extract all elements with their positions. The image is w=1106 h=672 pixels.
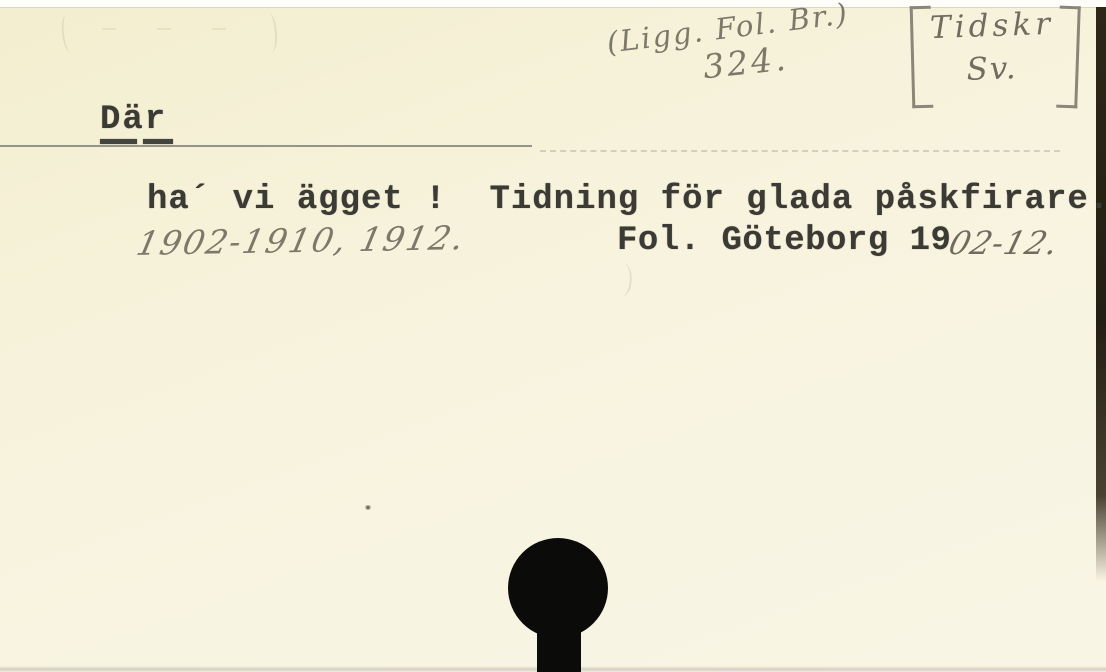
punch-hole-stem bbox=[537, 608, 581, 672]
imprint: Fol. Göteborg 19 bbox=[617, 224, 951, 258]
ruled-line-faded bbox=[540, 150, 1060, 152]
erased-note-ghost bbox=[62, 12, 277, 58]
erased-paren-left bbox=[60, 13, 80, 52]
heading-underline-dash bbox=[143, 139, 173, 144]
ruled-line bbox=[0, 145, 532, 147]
erased-stroke bbox=[157, 28, 171, 30]
classification-line2: Sv. bbox=[902, 48, 1081, 90]
heading-entry-word: Där bbox=[100, 103, 167, 137]
shelf-number: 324. bbox=[702, 42, 790, 84]
holdings-years: 1902-1910, 1912. bbox=[134, 221, 469, 260]
heading-underline-dash bbox=[100, 139, 137, 144]
erased-paren-right bbox=[260, 13, 279, 52]
erased-stroke bbox=[212, 28, 226, 30]
title-line: ha´ vi ägget ! Tidning för glada påskfir… bbox=[147, 183, 1106, 217]
ink-speck bbox=[365, 505, 371, 510]
classification-mark: Tidskr Sv. bbox=[903, 2, 1081, 112]
card-right-edge bbox=[1096, 7, 1106, 582]
imprint-years: 02-12. bbox=[946, 227, 1063, 259]
erased-stroke bbox=[102, 28, 116, 30]
catalog-card-scan: (Ligg. Fol. Br.) 324. Tidskr Sv. Där ha´… bbox=[0, 0, 1106, 672]
classification-line1: Tidskr bbox=[902, 5, 1081, 47]
